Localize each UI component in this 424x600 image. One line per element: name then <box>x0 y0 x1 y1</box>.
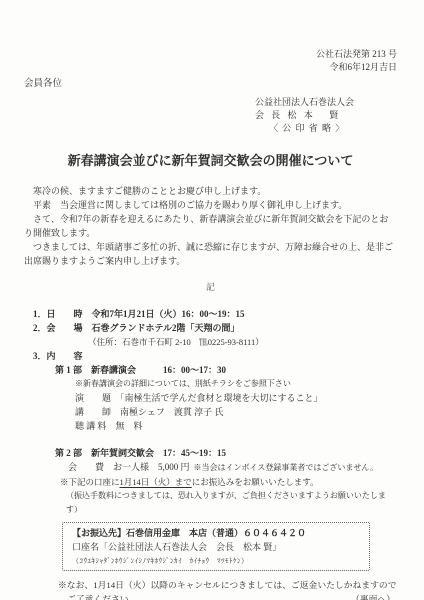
record-marker: 記 <box>24 280 397 294</box>
sender-name: 会 長 松 本賢 <box>255 109 397 122</box>
lecturer: 講 師 南極シェフ 渡貫 淳子 氏 <box>75 405 397 419</box>
deadline-date: 1月14日（火）まで <box>120 477 192 487</box>
account-name: 口座名「公益社団法人石巻法人会 会長 松本 賢」 <box>72 540 360 554</box>
venue-address: （住所：石巻市千石町 2-10 ℡0225-93-8111） <box>88 335 397 349</box>
body-paragraph-invitation: つきましては、年頭諸事ご多忙の折、誠に恐縮に存じますが、万障お繰合せの上、是非ご… <box>24 240 397 268</box>
sender-org: 公益社団法人石巻法人会 <box>255 96 397 109</box>
invoice-note: ※当会はインボイス登録事業者ではございません。 <box>194 463 378 472</box>
body-paragraph-announcement: さて、令和7年の新春を迎えるにあたり、新春講演会並びに新年賀詞交歓会を下記のとお… <box>24 212 397 240</box>
party-fee-line: 会 費 お一人様 5,000 円※当会はインボイス登録事業者ではございません。 <box>68 460 397 475</box>
event-details: 1．日 時 令和7年1月21日（火）16：00～19：15 2．会 場 石巻グラ… <box>33 307 397 517</box>
bank-info-line: 【お振込先】石巻信用金庫 本店（普通）６０４６４２０ <box>72 526 360 540</box>
part1-heading: 第 1 部 新春講演会 16：00～17：30 <box>55 363 397 377</box>
doc-date: 令和6年12月吉日 <box>24 61 397 74</box>
document-header-right: 公社石法発第 213 号 令和6年12月吉日 <box>24 48 397 74</box>
body-paragraph-greeting: 寒冷の候、ますますご健勝のこととお慶び申し上げます。 <box>24 184 397 198</box>
body-paragraph-thanks: 平素 当会運営に関しましては格別のご協力を賜わり厚く御礼申し上げます。 <box>24 198 397 212</box>
deadline-prefix: ※下記の口座に <box>60 477 120 487</box>
cancel-policy-note-2: ご了承ください。 <box>67 592 137 600</box>
transfer-label: 【お振込先】 <box>72 528 126 538</box>
part1-flyer-note: ※新春講演会の詳細については、別紙チラシをご参照下さい <box>75 377 397 391</box>
seal-omitted-note: 〈 公 印 省 略 〉 <box>255 122 397 135</box>
part2-heading: 第 2 部 新年賀詞交歓会 17：45～19：15 <box>55 446 397 460</box>
party-fee: 会 費 お一人様 5,000 円 <box>68 462 190 472</box>
venue: 2．会 場 石巻グランドホテル2階「天翔の間」 <box>33 321 397 335</box>
payment-deadline-line: ※下記の口座に1月14日（火）までにお振込みをお願いいたします。 <box>60 475 397 489</box>
deadline-suffix: にお振込みをお願いいたします。 <box>192 477 319 487</box>
page-turn-note: （裏面へ） <box>351 592 395 600</box>
lecture-title: 演 題 「南極生活で学んだ食材と環境を大切にすること」 <box>75 391 397 405</box>
meeting-datetime: 1．日 時 令和7年1月21日（火）16：00～19：15 <box>33 307 397 321</box>
sender-title-name: 会 長 松 本 <box>255 110 315 120</box>
lecture-fee: 聴 講 料 無 料 <box>75 419 397 433</box>
bank-info: 石巻信用金庫 本店（普通）６０４６４２０ <box>126 528 306 538</box>
recipient: 会員各位 <box>24 77 397 91</box>
document-page: 公社石法発第 213 号 令和6年12月吉日 会員各位 公益社団法人石巻法人会 … <box>0 0 424 600</box>
doc-number: 公社石法発第 213 号 <box>24 48 397 61</box>
footer-row: ご了承ください。 （裏面へ） <box>67 592 395 600</box>
cancel-policy-note: ※なお、1月14日（火）以降のキャンセルにつきましては、ご返金いたしかねますので <box>58 578 397 592</box>
sender-given-name: 賢 <box>329 110 341 120</box>
transfer-fee-note: （振込手数料につきましては、恐れ入りますが、ご負担くださいますようお願いいたしま… <box>66 489 397 517</box>
doc-title: 新春講演会並びに新年賀詞交歓会の開催について <box>24 152 397 170</box>
letter-body: 寒冷の候、ますますご健勝のこととお慶び申し上げます。 平素 当会運営に関しまして… <box>24 184 397 268</box>
account-kana: （ｺｳｴｷｼｬﾀﾞﾝﾎｳｼﾞﾝｲｼﾉﾏｷﾎｳｼﾞﾝｶｲ ｶｲﾁｮｳ ﾏﾂﾓﾄｹﾝ… <box>72 554 360 568</box>
sender-block: 公益社団法人石巻法人会 会 長 松 本賢 〈 公 印 省 略 〉 <box>255 96 397 135</box>
contents-heading: 3．内 容 <box>33 349 397 363</box>
transfer-account-box: 【お振込先】石巻信用金庫 本店（普通）６０４６４２０ 口座名「公益社団法人石巻法… <box>62 522 370 571</box>
